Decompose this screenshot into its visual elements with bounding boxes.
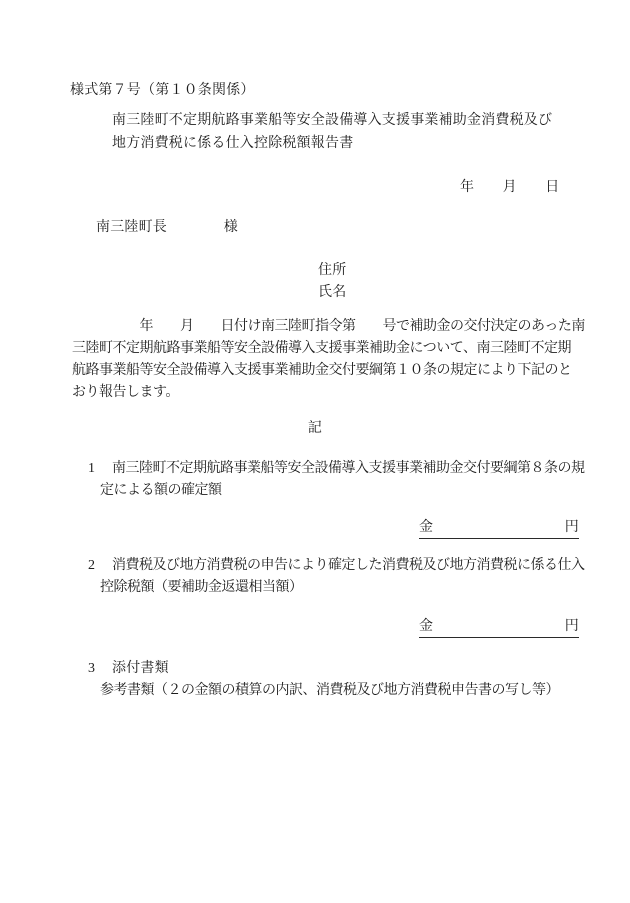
body-paragraph-line: 三陸町不定期航路事業船等安全設備導入支援事業補助金について、南三陸町不定期 — [72, 341, 571, 357]
form-number: 様式第７号（第１０条関係） — [70, 83, 255, 99]
item-1-number: 1 — [88, 461, 95, 477]
item-2-text-line1: 消費税及び地方消費税の申告により確定した消費税及び地方消費税に係る仕入 — [112, 558, 585, 574]
amount-2-value-blank[interactable] — [433, 619, 565, 637]
amount-1-suffix: 円 — [565, 520, 579, 536]
addressee-line: 南三陸町長 様 — [96, 220, 238, 236]
body-paragraph-line: 航路事業船等安全設備導入支援事業補助金交付要綱第１０条の規定により下記のと — [72, 363, 572, 379]
item-2-number: 2 — [88, 558, 95, 574]
amount-1-value-blank[interactable] — [433, 520, 565, 538]
amount-field-2: 金 円 — [419, 619, 579, 638]
item-1-text-line1: 南三陸町不定期航路事業船等安全設備導入支援事業補助金交付要綱第８条の規 — [112, 461, 585, 477]
item-3-number: 3 — [88, 661, 95, 677]
item-3-text-line2: 参考書類（２の金額の積算の内訳、消費税及び地方消費税申告書の写し等） — [100, 683, 559, 699]
date-line: 年 月 日 — [460, 180, 559, 196]
document-title-line1: 南三陸町不定期航路事業船等安全設備導入支援事業補助金消費税及び — [112, 113, 552, 129]
record-heading: 記 — [0, 421, 630, 437]
document-page: 様式第７号（第１０条関係） 南三陸町不定期航路事業船等安全設備導入支援事業補助金… — [0, 0, 630, 903]
address-label: 住所 — [318, 263, 346, 279]
name-label: 氏名 — [318, 285, 346, 301]
item-1-text-line2: 定による額の確定額 — [100, 483, 222, 499]
amount-1-prefix: 金 — [419, 520, 433, 536]
amount-2-suffix: 円 — [565, 619, 579, 635]
item-3-text-line1: 添付書類 — [112, 661, 169, 677]
amount-2-prefix: 金 — [419, 619, 433, 635]
amount-field-1: 金 円 — [419, 520, 579, 539]
document-title-line2: 地方消費税に係る仕入控除税額報告書 — [112, 136, 353, 152]
body-paragraph-line: おり報告します。 — [72, 385, 179, 401]
body-paragraph-line: 年 月 日付け南三陸町指令第 号で補助金の交付決定のあった南 — [72, 319, 585, 335]
item-2-text-line2: 控除税額（要補助金返還相当額） — [100, 580, 303, 596]
